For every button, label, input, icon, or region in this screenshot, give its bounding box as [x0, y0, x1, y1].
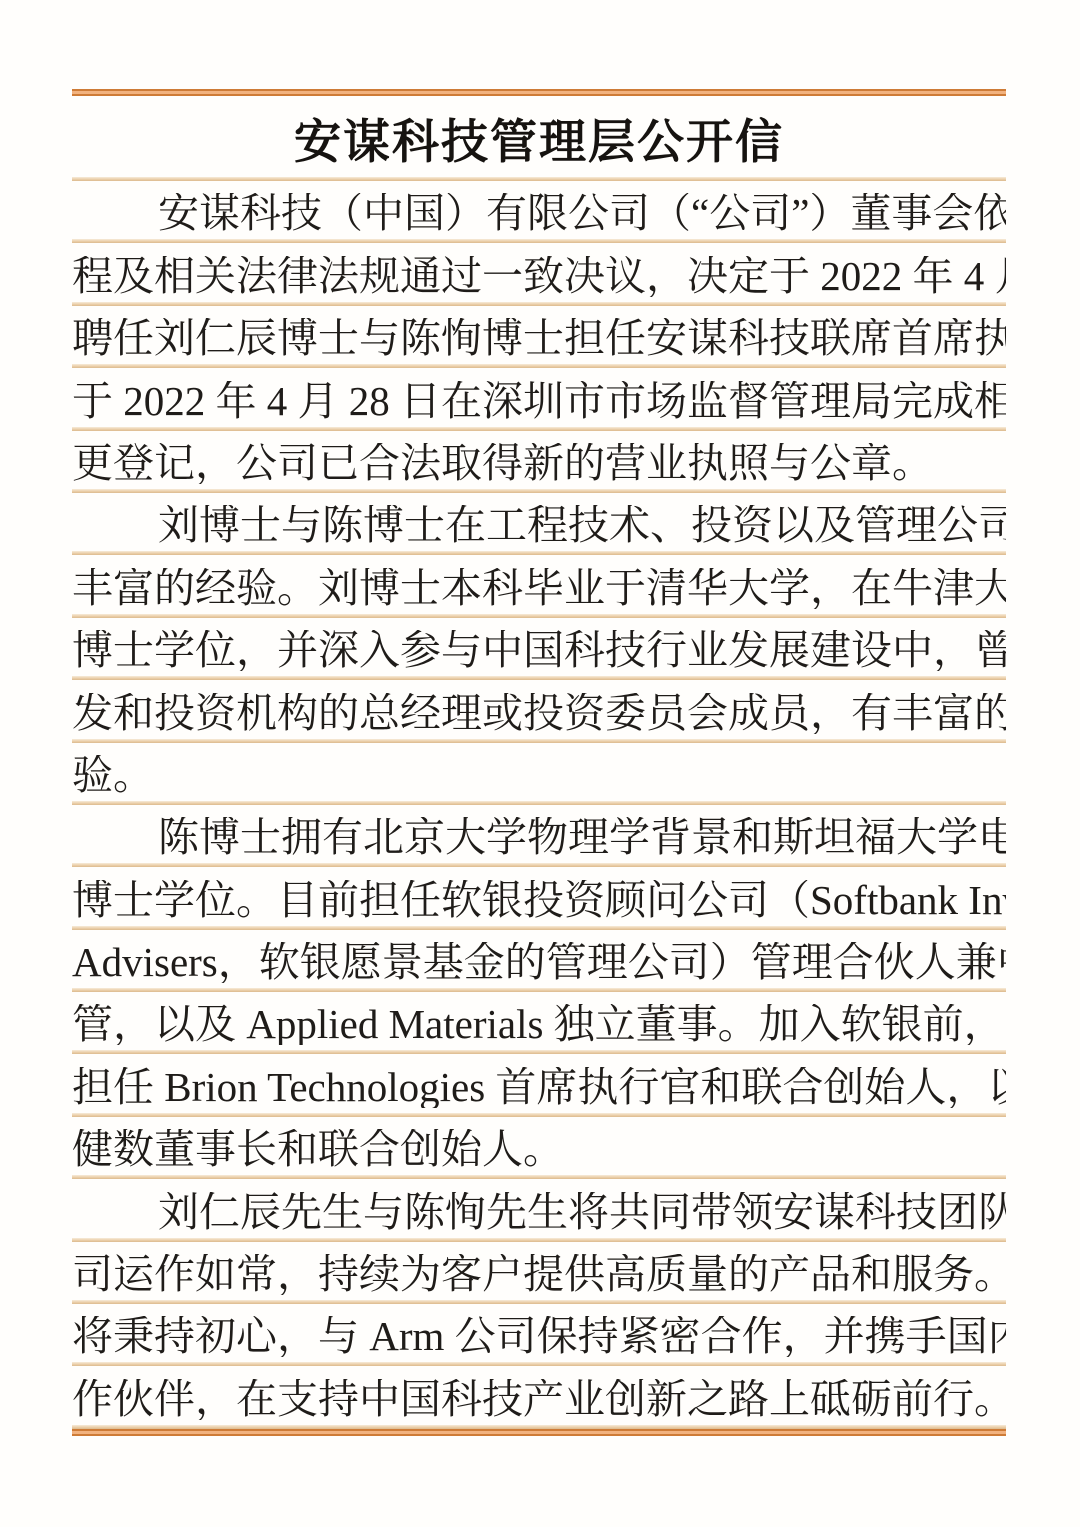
text-line: Advisers，软银愿景基金的管理公司）管理合伙人兼中国区主 — [72, 930, 1006, 992]
text-line: 司运作如常，持续为客户提供高质量的产品和服务。安谋科技 — [72, 1242, 1006, 1304]
text-line-content: 作伙伴，在支持中国科技产业创新之路上砥砺前行。 — [72, 1379, 1006, 1420]
text-line: 于 2022 年 4 月 28 日在深圳市市场监督管理局完成相关工商变 — [72, 368, 1006, 430]
text-line: 验。 — [72, 743, 1006, 805]
text-line: 博士学位，并深入参与中国科技行业发展建设中，曾任多家研 — [72, 618, 1006, 680]
top-border-line — [72, 89, 1006, 96]
text-line-content: Advisers，软银愿景基金的管理公司）管理合伙人兼中国区主 — [72, 942, 1006, 983]
bottom-border-line — [72, 1429, 1006, 1436]
text-line-content: 将秉持初心，与 Arm 公司保持紧密合作，并携手国内外的合 — [72, 1316, 1006, 1357]
text-line-content: 丰富的经验。刘博士本科毕业于清华大学，在牛津大学取得了 — [72, 568, 1006, 609]
text-line: 程及相关法律法规通过一致决议，决定于 2022 年 4 月 24 日起 — [72, 243, 1006, 305]
text-line: 陈博士拥有北京大学物理学背景和斯坦福大学电子工程 — [72, 805, 1006, 867]
text-line-content: 博士学位。目前担任软银投资顾问公司（Softbank Investment — [72, 880, 1006, 921]
text-line: 发和投资机构的总经理或投资委员会成员，有丰富的管理经 — [72, 680, 1006, 742]
ruled-line — [72, 1425, 1006, 1429]
text-line-content: 健数董事长和联合创始人。 — [72, 1129, 1006, 1170]
text-line-content: 于 2022 年 4 月 28 日在深圳市市场监督管理局完成相关工商变 — [72, 381, 1006, 422]
text-line-content: 刘仁辰先生与陈恂先生将共同带领安谋科技团队，确保公 — [72, 1192, 1006, 1233]
text-line: 更登记，公司已合法取得新的营业执照与公章。 — [72, 431, 1006, 493]
text-line-content: 发和投资机构的总经理或投资委员会成员，有丰富的管理经 — [72, 693, 1006, 734]
text-line-content: 司运作如常，持续为客户提供高质量的产品和服务。安谋科技 — [72, 1254, 1006, 1295]
text-line-content: 聘任刘仁辰博士与陈恂博士担任安谋科技联席首席执行官，并 — [72, 318, 1006, 359]
text-line-content: 担任 Brion Technologies 首席执行官和联合创始人，以及翼方 — [72, 1067, 1006, 1108]
text-line-content: 安谋科技（中国）有限公司（“公司”）董事会依据公司章 — [72, 193, 1006, 234]
text-line-content: 博士学位，并深入参与中国科技行业发展建设中，曾任多家研 — [72, 630, 1006, 671]
text-line-content: 管，以及 Applied Materials 独立董事。加入软银前，陈博士曾 — [72, 1004, 1006, 1045]
text-line: 丰富的经验。刘博士本科毕业于清华大学，在牛津大学取得了 — [72, 555, 1006, 617]
text-line: 刘博士与陈博士在工程技术、投资以及管理公司方面都有 — [72, 493, 1006, 555]
text-line: 安谋科技（中国）有限公司（“公司”）董事会依据公司章 — [72, 181, 1006, 243]
text-line: 刘仁辰先生与陈恂先生将共同带领安谋科技团队，确保公 — [72, 1179, 1006, 1241]
text-line-content: 刘博士与陈博士在工程技术、投资以及管理公司方面都有 — [72, 505, 1006, 546]
title-row: 安谋科技管理层公开信 — [72, 96, 1006, 181]
letter-sheet: 安谋科技管理层公开信 安谋科技（中国）有限公司（“公司”）董事会依据公司章 程及… — [0, 0, 1080, 1527]
text-line: 聘任刘仁辰博士与陈恂博士担任安谋科技联席首席执行官，并 — [72, 306, 1006, 368]
text-line-content: 更登记，公司已合法取得新的营业执照与公章。 — [72, 443, 1006, 484]
letter-body: 安谋科技（中国）有限公司（“公司”）董事会依据公司章 程及相关法律法规通过一致决… — [72, 181, 1006, 1429]
text-line: 担任 Brion Technologies 首席执行官和联合创始人，以及翼方 — [72, 1054, 1006, 1116]
text-line: 管，以及 Applied Materials 独立董事。加入软银前，陈博士曾 — [72, 992, 1006, 1054]
text-line-content: 陈博士拥有北京大学物理学背景和斯坦福大学电子工程 — [72, 817, 1006, 858]
page-title: 安谋科技管理层公开信 — [72, 120, 1006, 167]
text-line-content: 验。 — [72, 755, 1006, 796]
text-line-content: 程及相关法律法规通过一致决议，决定于 2022 年 4 月 24 日起 — [72, 256, 1006, 297]
text-line: 博士学位。目前担任软银投资顾问公司（Softbank Investment — [72, 867, 1006, 929]
text-line: 作伙伴，在支持中国科技产业创新之路上砥砺前行。 — [72, 1366, 1006, 1428]
text-line: 健数董事长和联合创始人。 — [72, 1117, 1006, 1179]
text-line: 将秉持初心，与 Arm 公司保持紧密合作，并携手国内外的合 — [72, 1304, 1006, 1366]
